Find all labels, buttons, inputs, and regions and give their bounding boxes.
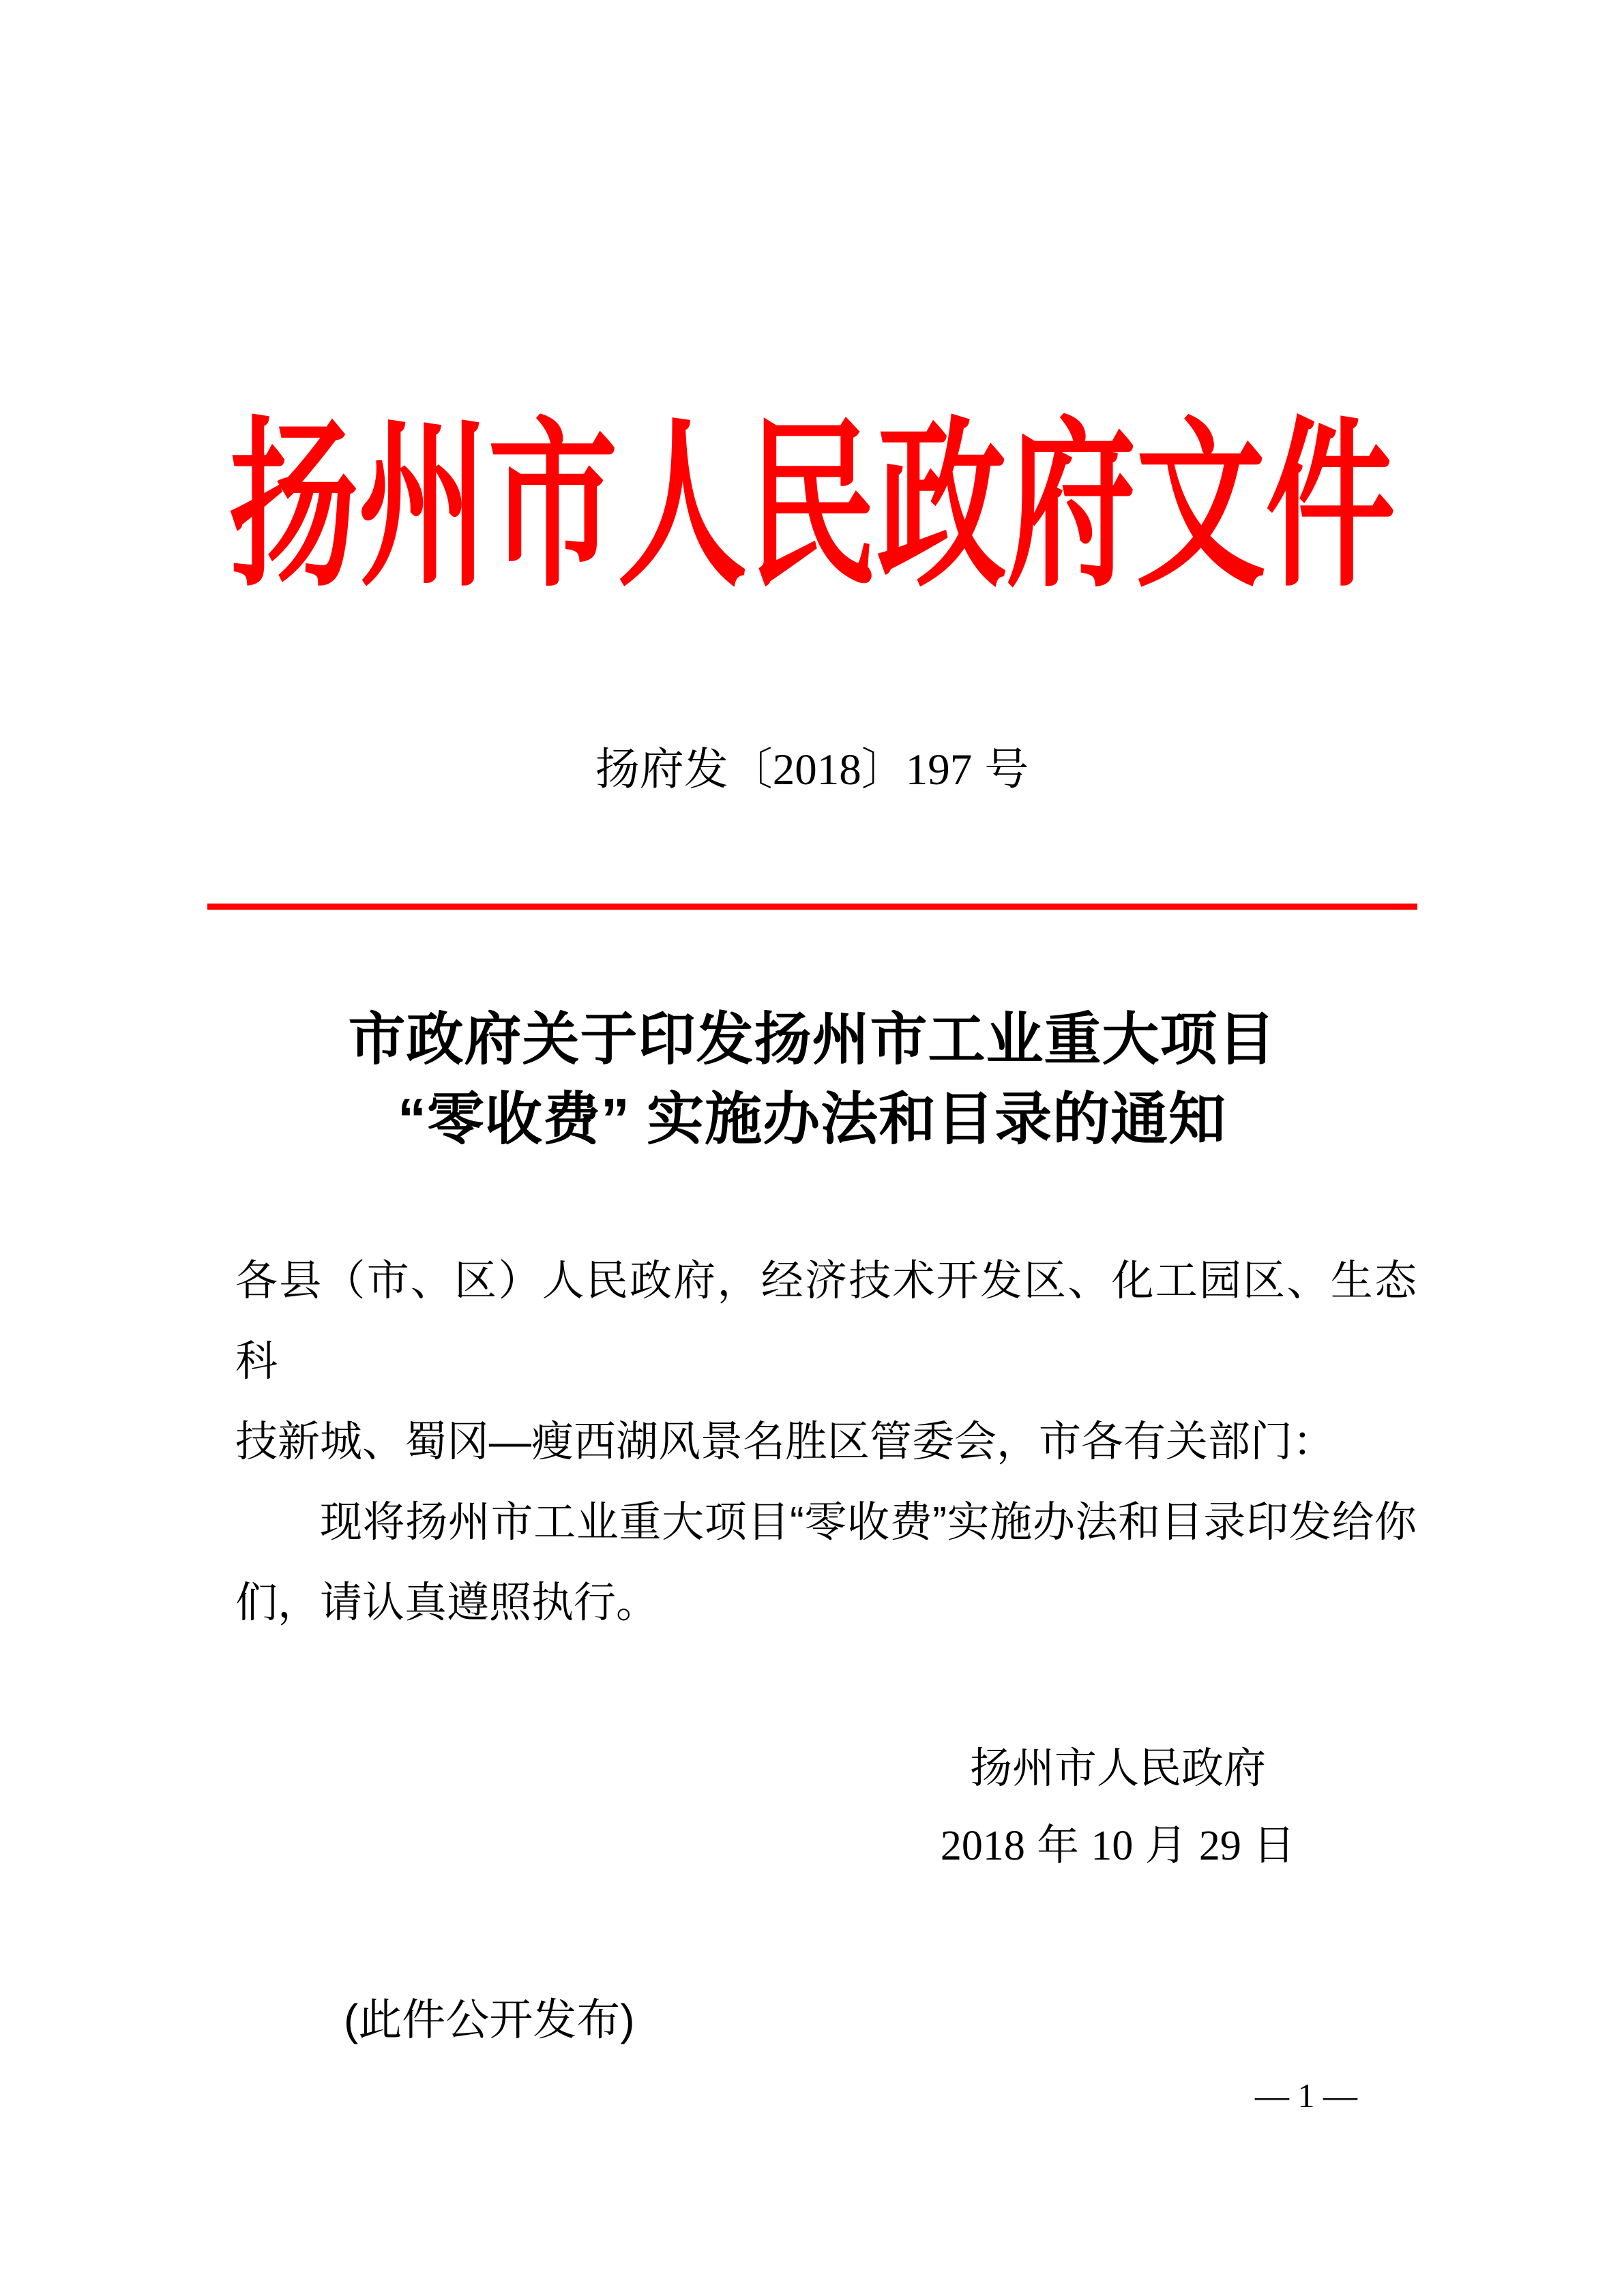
doc-number-close-bracket: 〕 bbox=[861, 744, 906, 794]
date-year-label: 年 bbox=[1025, 1822, 1091, 1869]
date-day-label: 日 bbox=[1241, 1822, 1295, 1869]
notice-title-line2: “零收费” 实施办法和目录的通知 bbox=[0, 1079, 1624, 1159]
red-masthead-title: 扬州市人民政府文件 bbox=[0, 416, 1624, 597]
issue-date: 2018 年 10 月 29 日 bbox=[941, 1825, 1295, 1867]
doc-number-prefix: 扬府发〔 bbox=[595, 744, 773, 794]
doc-number-serial: 197 bbox=[906, 745, 973, 794]
date-day: 29 bbox=[1199, 1823, 1241, 1869]
issuer-signature: 扬州市人民政府 bbox=[970, 1748, 1266, 1790]
body-line-4: 们，请认真遵照执行。 bbox=[235, 1563, 1417, 1643]
doc-number-line: 扬府发〔2018〕197 号 bbox=[0, 747, 1624, 792]
body-paragraph: 各县（市、区）人民政府，经济技术开发区、化工园区、生态科 技新城、蜀冈—瘦西湖风… bbox=[235, 1241, 1417, 1643]
doc-number-year: 2018 bbox=[773, 745, 861, 794]
body-line-3: 现将扬州市工业重大项目“零收费”实施办法和目录印发给你 bbox=[235, 1482, 1417, 1563]
notice-title: 市政府关于印发扬州市工业重大项目 “零收费” 实施办法和目录的通知 bbox=[0, 1000, 1624, 1159]
document-page: 扬州市人民政府文件 扬府发〔2018〕197 号 市政府关于印发扬州市工业重大项… bbox=[0, 0, 1624, 2296]
date-year: 2018 bbox=[941, 1823, 1025, 1869]
body-line-1: 各县（市、区）人民政府，经济技术开发区、化工园区、生态科 bbox=[235, 1241, 1417, 1402]
red-divider-rule bbox=[207, 904, 1417, 910]
doc-number-suffix: 号 bbox=[972, 744, 1029, 794]
date-month: 10 bbox=[1091, 1823, 1133, 1869]
page-number: — 1 — bbox=[1255, 2078, 1357, 2113]
date-month-label: 月 bbox=[1133, 1822, 1198, 1869]
body-line-2: 技新城、蜀冈—瘦西湖风景名胜区管委会，市各有关部门： bbox=[235, 1402, 1417, 1482]
public-release-note: (此件公开发布) bbox=[344, 1995, 635, 2044]
notice-title-line1: 市政府关于印发扬州市工业重大项目 bbox=[0, 1000, 1624, 1079]
